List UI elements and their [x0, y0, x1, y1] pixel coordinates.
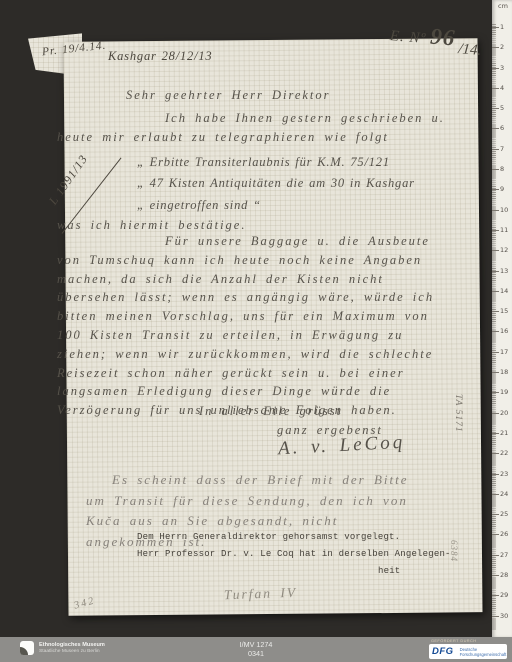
ruler-number: 16 — [500, 327, 508, 335]
ruler-number: 18 — [500, 368, 508, 376]
telegram-line-2: „ 47 Kisten Antiquitäten die am 30 in Ka… — [137, 173, 415, 194]
museum-logo-icon — [20, 641, 34, 655]
ruler-number: 22 — [500, 449, 508, 457]
museum-text: Ethnologisches Museum Staatliche Museen … — [39, 642, 105, 655]
ruler-unit-label: cm — [498, 2, 508, 10]
ruler-tick — [492, 514, 499, 515]
ruler-number: 8 — [500, 165, 504, 173]
ruler-tick — [492, 88, 499, 89]
ruler-number: 30 — [500, 612, 508, 620]
ruler-number: 7 — [500, 145, 504, 153]
telegram-line-1: „ Erbitte Transiterlaubnis für K.M. 75/1… — [137, 152, 390, 173]
dfg-full-name: Deutsche Forschungsgemeinschaft — [460, 647, 507, 657]
ruler-tick — [492, 230, 499, 231]
ruler-tick — [492, 474, 499, 475]
page-number-pencil: 342 — [72, 592, 98, 616]
typed-note-line-1: Dem Herrn Generaldirektor gehorsamst vor… — [137, 532, 400, 542]
file-stamp-suffix: /14. — [458, 41, 482, 59]
ruler-tick — [492, 210, 499, 211]
ruler-number: 29 — [500, 591, 508, 599]
ruler-tick — [492, 271, 499, 272]
museum-logo-glyph — [20, 647, 28, 655]
inventory-number: I/MV 1274 — [240, 640, 273, 649]
ruler-number: 27 — [500, 551, 508, 559]
museum-subtitle: Staatliche Museen zu Berlin — [39, 649, 105, 655]
ruler-number: 21 — [500, 429, 508, 437]
file-stamp-prefix: E. Nº — [389, 28, 427, 47]
ruler-tick — [492, 108, 499, 109]
ruler-tick — [492, 433, 499, 434]
ruler-number: 6 — [500, 124, 504, 132]
ruler-number: 25 — [500, 510, 508, 518]
letter-paragraph-2: Für unsere Baggage u. die Ausbeute von T… — [57, 232, 453, 420]
ruler-number: 23 — [500, 470, 508, 478]
file-stamp-number: 96 — [429, 24, 456, 51]
ruler-number: 4 — [500, 84, 504, 92]
ruler-tick — [492, 128, 499, 129]
ruler-number: 1 — [500, 23, 504, 31]
ruler-number: 20 — [500, 409, 508, 417]
ruler-number: 24 — [500, 490, 508, 498]
museum-branding: Ethnologisches Museum Staatliche Museen … — [20, 641, 105, 655]
ruler-number: 11 — [500, 226, 508, 234]
ruler-number: 13 — [500, 267, 508, 275]
place-date: Kashgar 28/12/13 — [108, 47, 212, 66]
ruler-number: 17 — [500, 348, 508, 356]
archival-scan-page: Pr. 19/4.14. Kashgar 28/12/13 E. Nº 96 /… — [0, 0, 512, 662]
file-number-stamp: E. Nº 96 /14. — [389, 20, 483, 54]
ruler-tick — [492, 494, 499, 495]
ruler-tick — [492, 616, 499, 617]
ruler-number: 5 — [500, 104, 504, 112]
funder-block: GEFÖRDERT DURCH DFG Deutsche Forschungsg… — [429, 638, 507, 659]
ruler-number: 28 — [500, 571, 508, 579]
ruler-number: 3 — [500, 64, 504, 72]
ruler-tick — [492, 47, 499, 48]
ruler-number: 14 — [500, 287, 508, 295]
ruler-tick — [492, 311, 499, 312]
ruler-tick — [492, 68, 499, 69]
ruler-tick — [492, 250, 499, 251]
ruler-number: 9 — [500, 185, 504, 193]
telegram-line-3: „ eingetroffen sind “ — [137, 195, 261, 216]
ruler-tick — [492, 149, 499, 150]
museum-name: Ethnologisches Museum — [39, 642, 105, 649]
ruler-number: 12 — [500, 246, 508, 254]
typed-note-line-2: Herr Professor Dr. v. Le Coq hat in ders… — [137, 549, 451, 559]
signature: A. v. LeCoq — [278, 433, 406, 459]
ruler-tick — [492, 595, 499, 596]
ruler-tick — [492, 534, 499, 535]
ruler-number: 2 — [500, 43, 504, 51]
ruler-number: 15 — [500, 307, 508, 315]
ruler-number: 26 — [500, 530, 508, 538]
ruler-tick — [492, 331, 499, 332]
dfg-logo: DFG Deutsche Forschungsgemeinschaft — [429, 644, 507, 659]
ruler: cm 1 2 3 4 5 6 7 — [492, 0, 512, 638]
collection-note: Turfan IV — [224, 583, 298, 605]
ruler-tick — [492, 392, 499, 393]
praesentatum-note: Pr. 19/4.14. — [41, 37, 107, 63]
scan-page-code: 0341 — [240, 649, 273, 658]
margin-number-upper: TA 5171 — [453, 394, 463, 433]
typed-note-line-3: heit — [378, 566, 400, 576]
ruler-tick — [492, 352, 499, 353]
footer-bar: Ethnologisches Museum Staatliche Museen … — [0, 637, 512, 662]
ruler-tick — [492, 189, 499, 190]
dfg-abbreviation: DFG — [432, 646, 454, 657]
ruler-tick — [492, 555, 499, 556]
ruler-tick — [492, 291, 499, 292]
ruler-tick — [492, 453, 499, 454]
document-text-layer: Pr. 19/4.14. Kashgar 28/12/13 E. Nº 96 /… — [0, 0, 512, 662]
closing-line-1: In aller Eile grüsst — [199, 402, 342, 421]
letter-paragraph-1: Ich habe Ihnen gestern geschrieben u. he… — [57, 109, 449, 147]
journal-number-note: L 1991/13 — [46, 152, 91, 208]
ruler-scale: 1 2 3 4 5 6 7 8 — [492, 27, 512, 636]
ruler-tick — [492, 27, 499, 28]
ruler-tick — [492, 169, 499, 170]
margin-number-lower: 6384 — [449, 540, 459, 562]
salutation: Sehr geehrter Herr Direktor — [126, 86, 331, 105]
ruler-tick — [492, 413, 499, 414]
ruler-cm-mark: 30 — [492, 616, 512, 636]
ruler-number: 10 — [500, 206, 508, 214]
ruler-number: 19 — [500, 388, 508, 396]
ruler-tick — [492, 372, 499, 373]
inventory-block: I/MV 1274 0341 — [240, 640, 273, 658]
dfg-name-line2: Forschungsgemeinschaft — [460, 652, 507, 657]
ruler-tick — [492, 575, 499, 576]
